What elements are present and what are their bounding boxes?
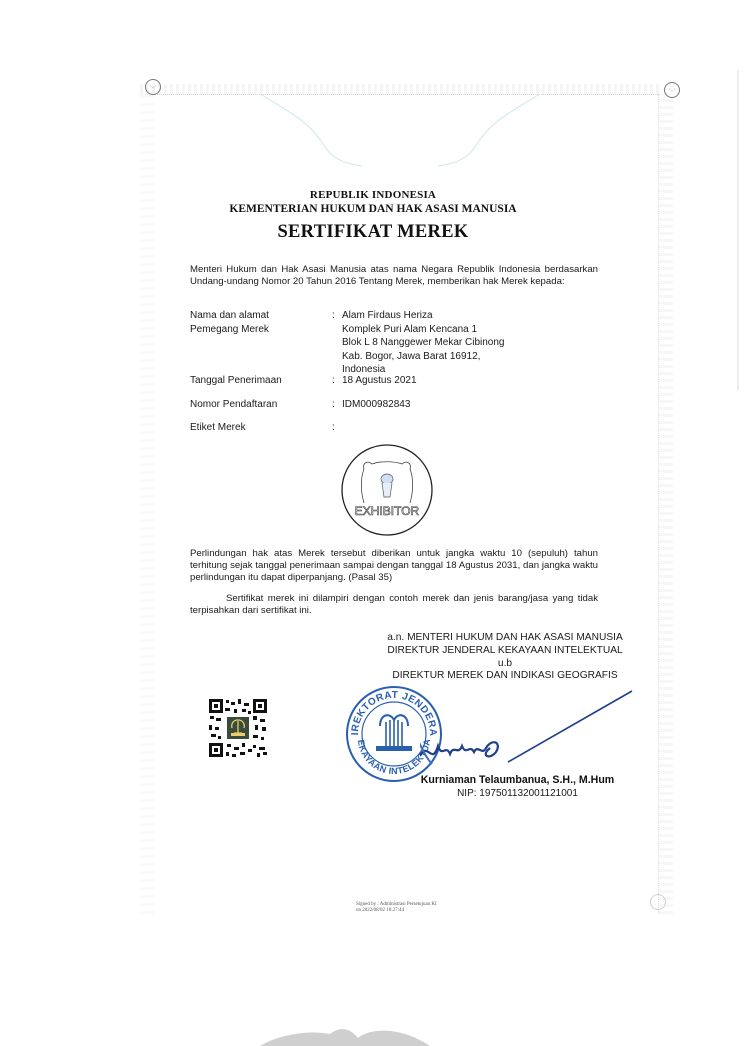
signature-line-4: DIREKTUR MEREK DAN INDIKASI GEOGRAFIS — [380, 670, 630, 683]
page-title: SERTIFIKAT MEREK — [0, 222, 746, 243]
protection-paragraph: Perlindungan hak atas Merek tersebut dib… — [190, 548, 598, 584]
receipt-date-value: 18 Agustus 2021 — [342, 374, 592, 388]
signer-nip: NIP: 197501132001121001 — [390, 788, 645, 799]
attachment-paragraph: Sertifikat merek ini dilampiri dengan co… — [190, 593, 598, 617]
decorative-border-left — [140, 94, 154, 914]
decorative-border-right — [658, 94, 673, 914]
qr-code-icon — [207, 697, 269, 759]
header-country: REPUBLIK INDONESIA — [0, 189, 746, 201]
handwritten-signature — [420, 686, 635, 786]
holder-label: Nama dan alamat Pemegang Merek — [190, 309, 330, 336]
watermark-ornament-icon — [250, 92, 550, 172]
scan-shadow — [260, 1016, 430, 1046]
corner-ornament-icon: ·.· — [664, 82, 680, 98]
certificate-page: ·.· ·.· REPUBLIK INDONESIA KEMENTERIAN H… — [0, 0, 746, 1046]
signer-name: Kurniaman Telaumbanua, S.H., M.Hum — [390, 774, 645, 786]
signature-line-1: a.n. MENTERI HUKUM DAN HAK ASASI MANUSIA — [380, 632, 630, 645]
holder-value: Alam Firdaus Heriza Komplek Puri Alam Ke… — [342, 309, 592, 377]
signature-line-3: u.b — [380, 658, 630, 671]
corner-ornament-icon — [650, 894, 666, 910]
corner-ornament-icon: ·.· — [145, 79, 161, 95]
intro-paragraph: Menteri Hukum dan Hak Asasi Manusia atas… — [190, 264, 598, 288]
bear-head-logo-icon: EXHIBITOR — [340, 443, 434, 537]
signature-line-2: DIREKTUR JENDERAL KEKAYAAN INTELEKTUAL — [380, 645, 630, 658]
svg-text:EXHIBITOR: EXHIBITOR — [355, 504, 420, 518]
electronic-signature-note: Signed by : Administrasi Persetujuan KI … — [356, 902, 437, 914]
header-ministry: KEMENTERIAN HUKUM DAN HAK ASASI MANUSIA — [0, 203, 746, 215]
registration-number-value: IDM000982843 — [342, 398, 592, 412]
